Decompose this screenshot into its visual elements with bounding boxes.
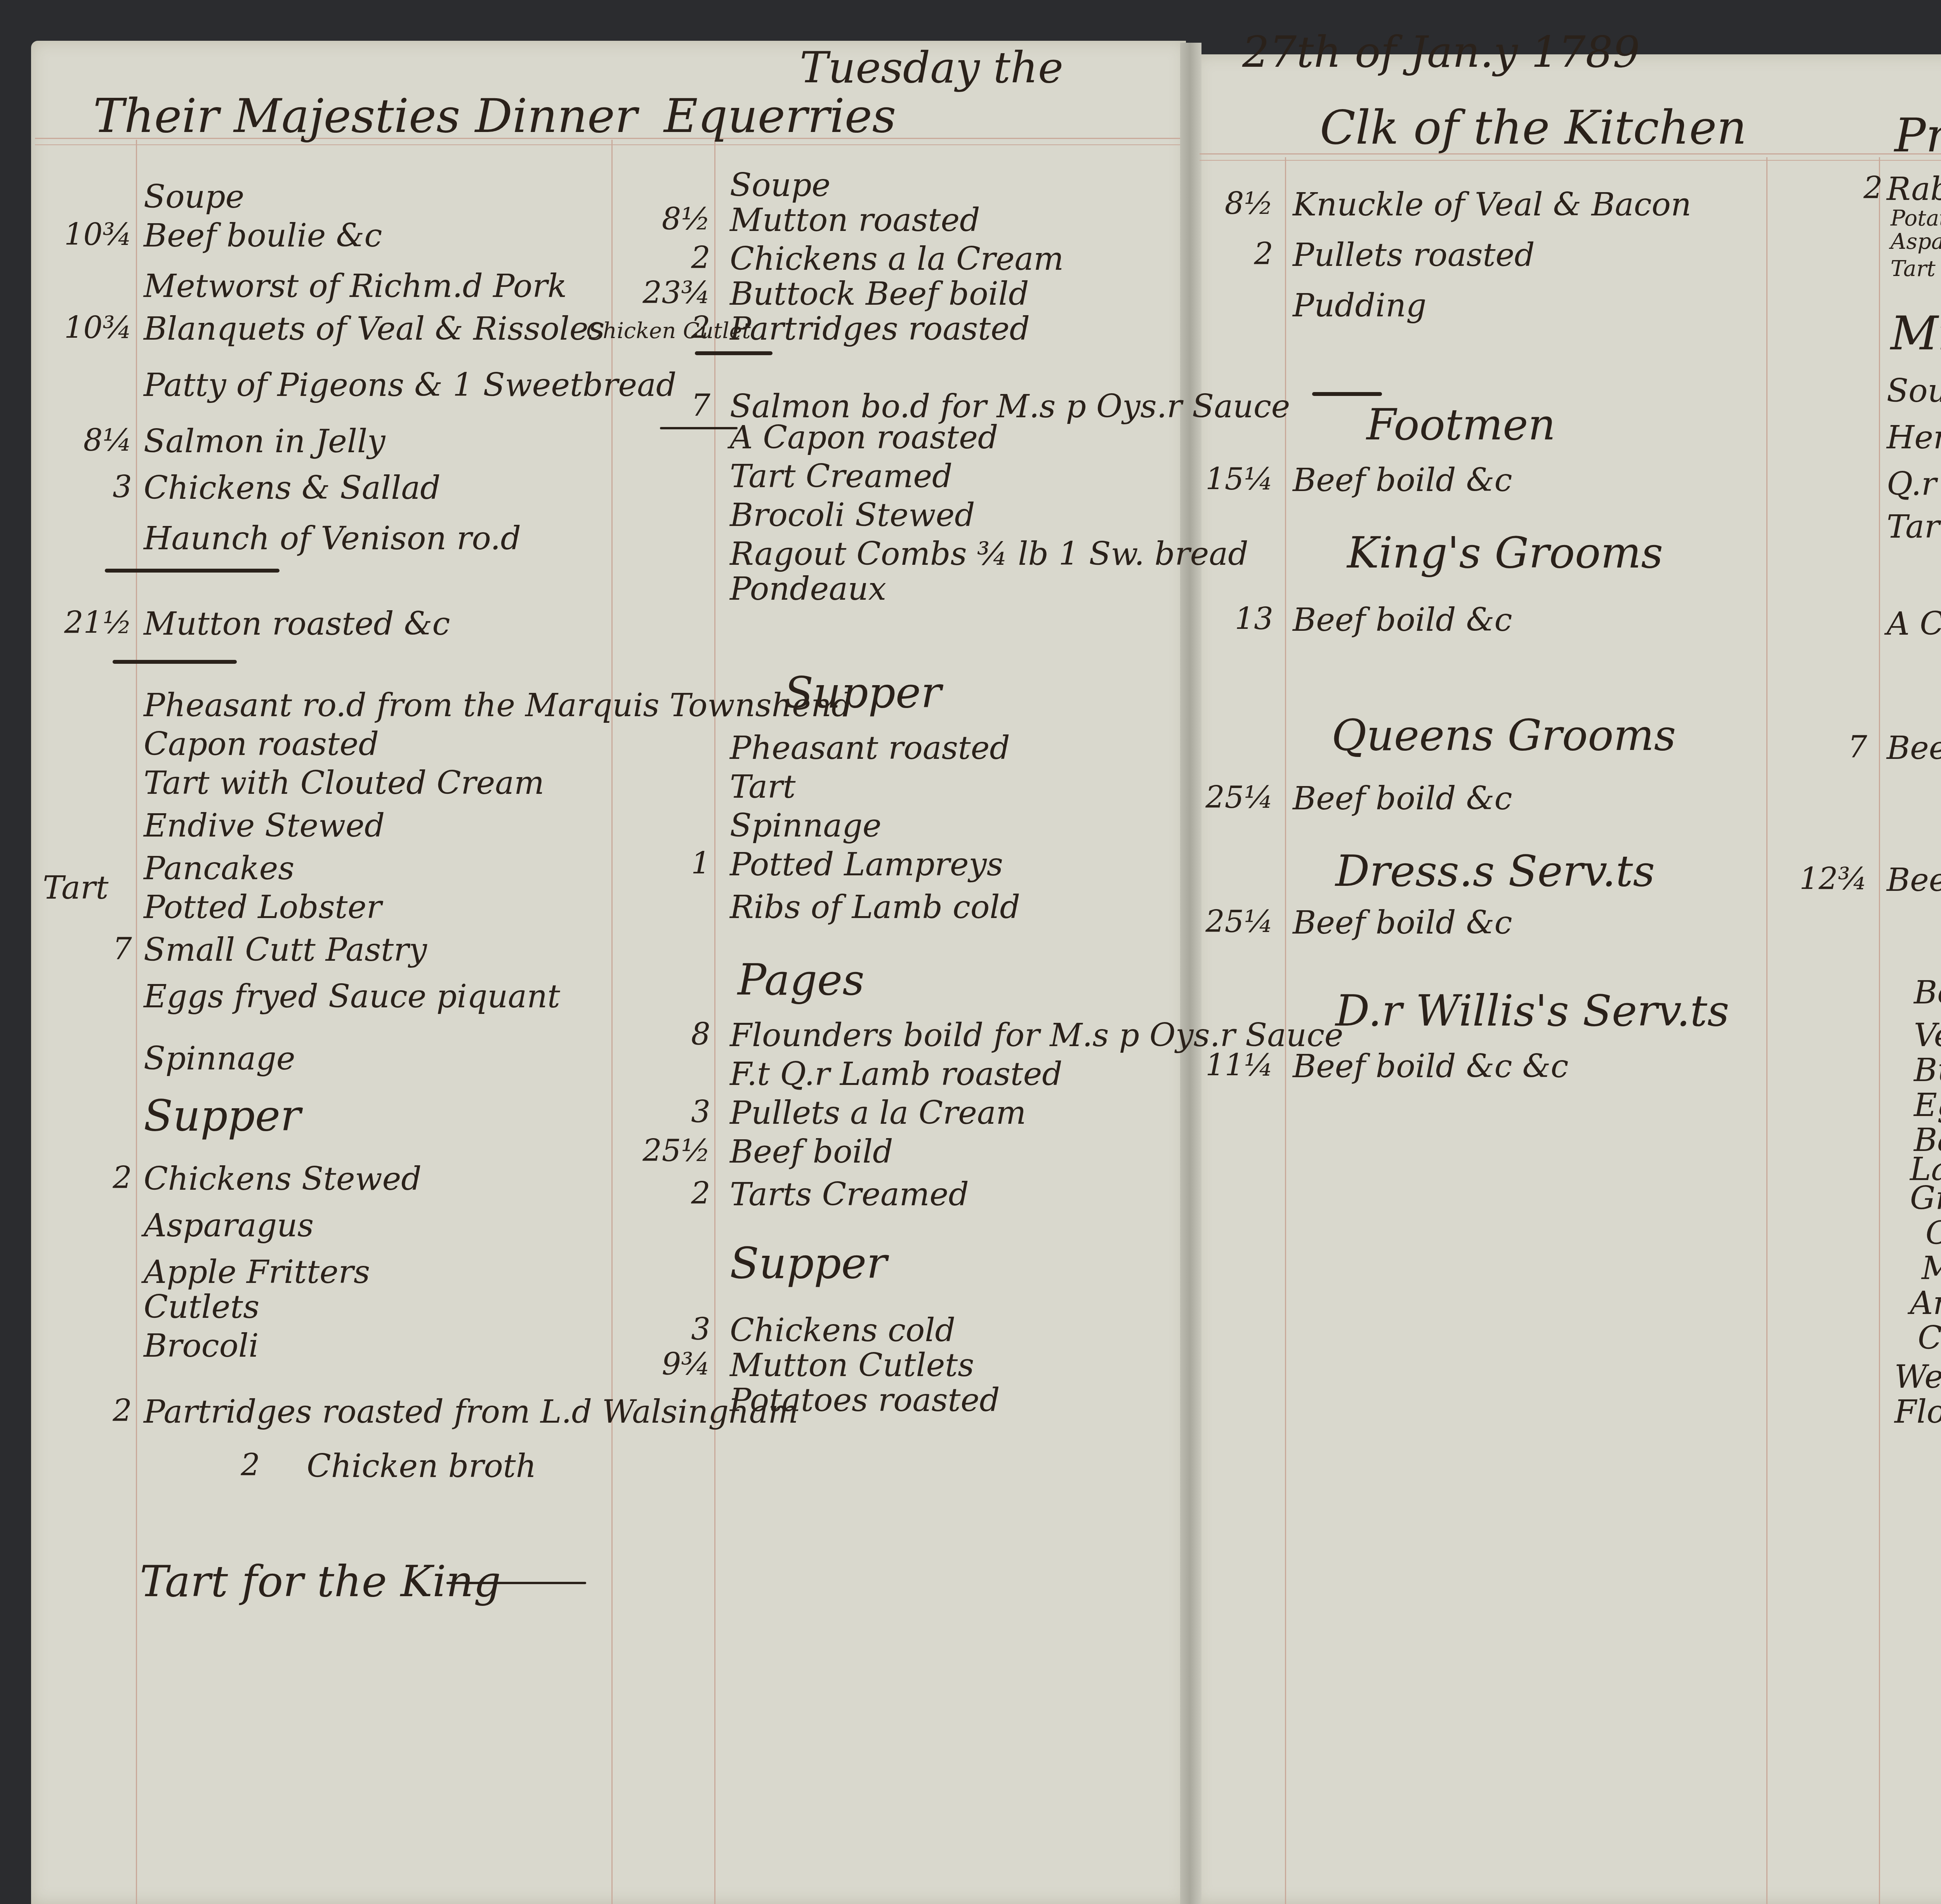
- ledger-right-page: [1196, 54, 1941, 1904]
- section-title-pages: Pages: [738, 955, 865, 1005]
- menu-item: Soupe: [730, 167, 830, 204]
- menu-item: Soupe: [144, 179, 244, 215]
- menu-item: Beef boild &c &c: [1293, 1048, 1569, 1085]
- menu-item: Brocoli Stewed: [730, 497, 975, 534]
- menu-item: Pudding: [1293, 287, 1427, 324]
- side-note: Tart: [43, 870, 108, 906]
- menu-qty: 8½: [629, 202, 710, 237]
- weekday-header: Tuesday the: [800, 43, 1063, 92]
- menu-item: Pondeaux: [730, 571, 886, 607]
- book-spine: [1180, 43, 1201, 1904]
- menu-item: Spinnage: [730, 807, 881, 844]
- menu-item: Beef boulie &c: [144, 217, 382, 254]
- column-rule: [714, 140, 715, 1904]
- menu-item: Pheasant ro.d from the Marquis Townshend: [144, 687, 852, 724]
- divider-stroke: [1312, 392, 1382, 396]
- menu-qty: 7: [1786, 730, 1867, 765]
- menu-qty: 23¾: [629, 276, 710, 311]
- section-title-pages-supper: Supper: [730, 1238, 887, 1288]
- menu-item: Beef boild &c: [1293, 602, 1512, 639]
- margin-rule: [136, 140, 137, 1904]
- menu-item: Potted Lobster: [144, 889, 382, 926]
- menu-item: Chickens a la Cream: [730, 241, 1064, 278]
- menu-item: Tarts Creamed: [730, 1176, 969, 1213]
- menu-item: Pullets a la Cream: [730, 1095, 1026, 1132]
- section-title-equerries-supper: Supper: [784, 668, 941, 717]
- menu-qty: 3: [629, 1095, 710, 1130]
- menu-item: Chicken broth: [307, 1448, 536, 1485]
- header-rule-2: [35, 144, 1180, 145]
- ingredient-name: Beef: [1914, 974, 1941, 1011]
- menu-item: Chickens Stewed: [144, 1161, 422, 1198]
- menu-item: Beef boild &c: [1293, 904, 1512, 941]
- menu-qty: 11¼: [1192, 1048, 1273, 1083]
- menu-item: Beef boild &c: [1293, 462, 1512, 499]
- menu-item: Potatoes: [1891, 206, 1941, 231]
- menu-item: Q.r Lamb roasted: [1887, 466, 1941, 503]
- ingredient-name: Com.n Capers: [1918, 1320, 1941, 1357]
- menu-item: Asparagus: [144, 1207, 314, 1244]
- menu-item: Mutton roasted &c: [144, 606, 450, 642]
- ingredient-name: Anchovies lb: [1910, 1285, 1941, 1322]
- menu-item: Soupe: [1887, 373, 1941, 410]
- menu-item: Tarts of Sorts: [1887, 509, 1941, 545]
- menu-item: Cutlets: [144, 1289, 259, 1326]
- menu-item: Beef boild &c: [1293, 780, 1512, 817]
- menu-item: Beef boild &c: [1887, 862, 1941, 899]
- section-title-dr-willis-servants: D.r Willis's Serv.ts: [1335, 986, 1729, 1036]
- menu-qty: 8½: [1192, 186, 1273, 221]
- menu-qty: 2: [1192, 237, 1273, 272]
- menu-item: Brocoli: [144, 1328, 259, 1364]
- divider-stroke: [105, 569, 280, 573]
- menu-qty: 12¾: [1786, 862, 1867, 897]
- menu-qty: 25½: [629, 1133, 710, 1168]
- footer-note-tart-for-king: Tart for the King: [140, 1557, 501, 1606]
- menu-qty: 9¾: [629, 1347, 710, 1382]
- menu-item: Salmon in Jelly: [144, 423, 385, 460]
- section-title-footmen: Footmen: [1366, 400, 1556, 450]
- menu-item: Pullets roasted: [1293, 237, 1535, 274]
- menu-item: Tart Creamed: [730, 458, 953, 495]
- section-title-majesties-dinner: Their Majesties Dinner: [93, 89, 637, 143]
- menu-item: Eggs fryed Sauce piquant: [144, 978, 560, 1015]
- menu-qty: 15¼: [1192, 462, 1273, 497]
- menu-qty: 1: [629, 846, 710, 881]
- menu-item: A Capon roasted: [730, 419, 998, 456]
- menu-item: Pheasant roasted: [730, 730, 1010, 767]
- menu-item: Metworst of Richm.d Pork: [144, 268, 567, 305]
- ingredient-name: Mace: [1922, 1250, 1941, 1287]
- menu-qty: 2: [225, 1448, 260, 1483]
- ingredient-name: Veal: [1914, 1017, 1941, 1054]
- menu-qty: 2: [629, 241, 710, 276]
- menu-qty: 2: [50, 1394, 132, 1428]
- menu-qty: 2: [1801, 171, 1883, 206]
- section-title-clerk-kitchen: Clk of the Kitchen: [1320, 101, 1747, 155]
- menu-item: Tart: [1891, 256, 1936, 281]
- header-rule-2: [1200, 160, 1941, 161]
- menu-qty: 7: [629, 388, 710, 423]
- section-title-equerries: Equerries: [664, 89, 896, 143]
- menu-qty: 3: [50, 470, 132, 505]
- menu-qty: 21½: [50, 606, 132, 640]
- menu-item: Beef boild &c: [1887, 730, 1941, 767]
- divider-stroke: [660, 427, 738, 429]
- menu-item: A Chicken cold: [1887, 606, 1941, 642]
- menu-item: Capon roasted: [144, 726, 379, 763]
- ingredient-name: Westphalia Ham: [1894, 1359, 1941, 1395]
- column-rule: [1766, 157, 1767, 1904]
- menu-item: Mutton roasted: [730, 202, 980, 239]
- menu-qty: 25¼: [1192, 904, 1273, 939]
- menu-item: Tart with Clouted Cream: [144, 765, 544, 802]
- divider-stroke: [446, 1582, 586, 1584]
- menu-qty: 8: [629, 1017, 710, 1052]
- menu-item: Buttock Beef boild: [730, 276, 1029, 312]
- section-title-queens-grooms: Queens Grooms: [1332, 710, 1676, 760]
- menu-item: Chickens & Sallad: [144, 470, 441, 507]
- menu-item: Apple Fritters: [144, 1254, 370, 1291]
- menu-item: Potatoes roasted: [730, 1382, 1000, 1419]
- menu-item: Asparagus: [1891, 229, 1941, 254]
- ingredient-name: Eggs: [1914, 1087, 1941, 1124]
- menu-item: Hen Turkey bo.d Oys.r Sauce Pud.: [1887, 419, 1941, 456]
- menu-item: Endive Stewed: [144, 807, 385, 844]
- menu-qty: 2: [629, 311, 710, 345]
- menu-item: Partridges roasted from L.d Walsingham: [144, 1394, 798, 1430]
- menu-item: Pancakes: [144, 850, 294, 887]
- divider-stroke: [695, 351, 773, 355]
- menu-qty: 3: [629, 1312, 710, 1347]
- menu-qty: 2: [50, 1161, 132, 1196]
- column-rule: [1879, 157, 1880, 1904]
- ingredient-name: Cinnamon lb: [1925, 1215, 1941, 1252]
- menu-item: Mutton Cutlets: [730, 1347, 974, 1384]
- section-title-miss-goldsworthy: Miss Goldsworthy: [1891, 307, 1941, 361]
- menu-item: Chickens cold: [730, 1312, 955, 1349]
- menu-item: Patty of Pigeons & 1 Sweetbread: [144, 367, 676, 404]
- section-title-kings-grooms: King's Grooms: [1347, 528, 1663, 578]
- column-rule: [611, 140, 613, 1904]
- section-title-princess-dinner: Princess's Dinner: [1894, 109, 1941, 163]
- menu-qty: 10¾: [50, 311, 132, 345]
- menu-qty: 8¼: [50, 423, 132, 458]
- menu-item: Ragout Combs ¾ lb 1 Sw. bread: [730, 536, 1248, 573]
- menu-qty: 2: [629, 1176, 710, 1211]
- section-title-majesties-supper: Supper: [144, 1091, 301, 1140]
- menu-item: Small Cutt Pastry: [144, 932, 427, 968]
- menu-item: Blanquets of Veal & Rissoles: [144, 311, 605, 347]
- menu-item: Potted Lampreys: [730, 846, 1003, 883]
- section-title-dressers-servants: Dress.s Serv.ts: [1335, 846, 1655, 896]
- menu-qty: 7: [50, 932, 132, 967]
- ingredient-name: Flour: [1894, 1394, 1941, 1430]
- divider-stroke: [113, 660, 237, 664]
- menu-item: Beef boild: [730, 1133, 893, 1170]
- menu-item: Haunch of Venison ro.d: [144, 520, 521, 557]
- menu-item: Knuckle of Veal & Bacon: [1293, 186, 1691, 223]
- ingredient-name: Grits D.o: [1910, 1180, 1941, 1217]
- menu-item: Ribs of Lamb cold: [730, 889, 1020, 926]
- menu-item: F.t Q.r Lamb roasted: [730, 1056, 1063, 1093]
- menu-item: Spinnage: [144, 1040, 295, 1077]
- menu-qty: 25¼: [1192, 780, 1273, 815]
- menu-item: Partridges roasted: [730, 311, 1030, 347]
- menu-qty: 13: [1192, 602, 1273, 637]
- menu-qty: 10¾: [50, 217, 132, 252]
- menu-item: Rabbets roasted: [1887, 171, 1941, 208]
- date-header: 27th of Jan.y 1789: [1242, 27, 1640, 77]
- ingredient-name: Butter: [1914, 1052, 1941, 1089]
- menu-item: Tart: [730, 769, 795, 805]
